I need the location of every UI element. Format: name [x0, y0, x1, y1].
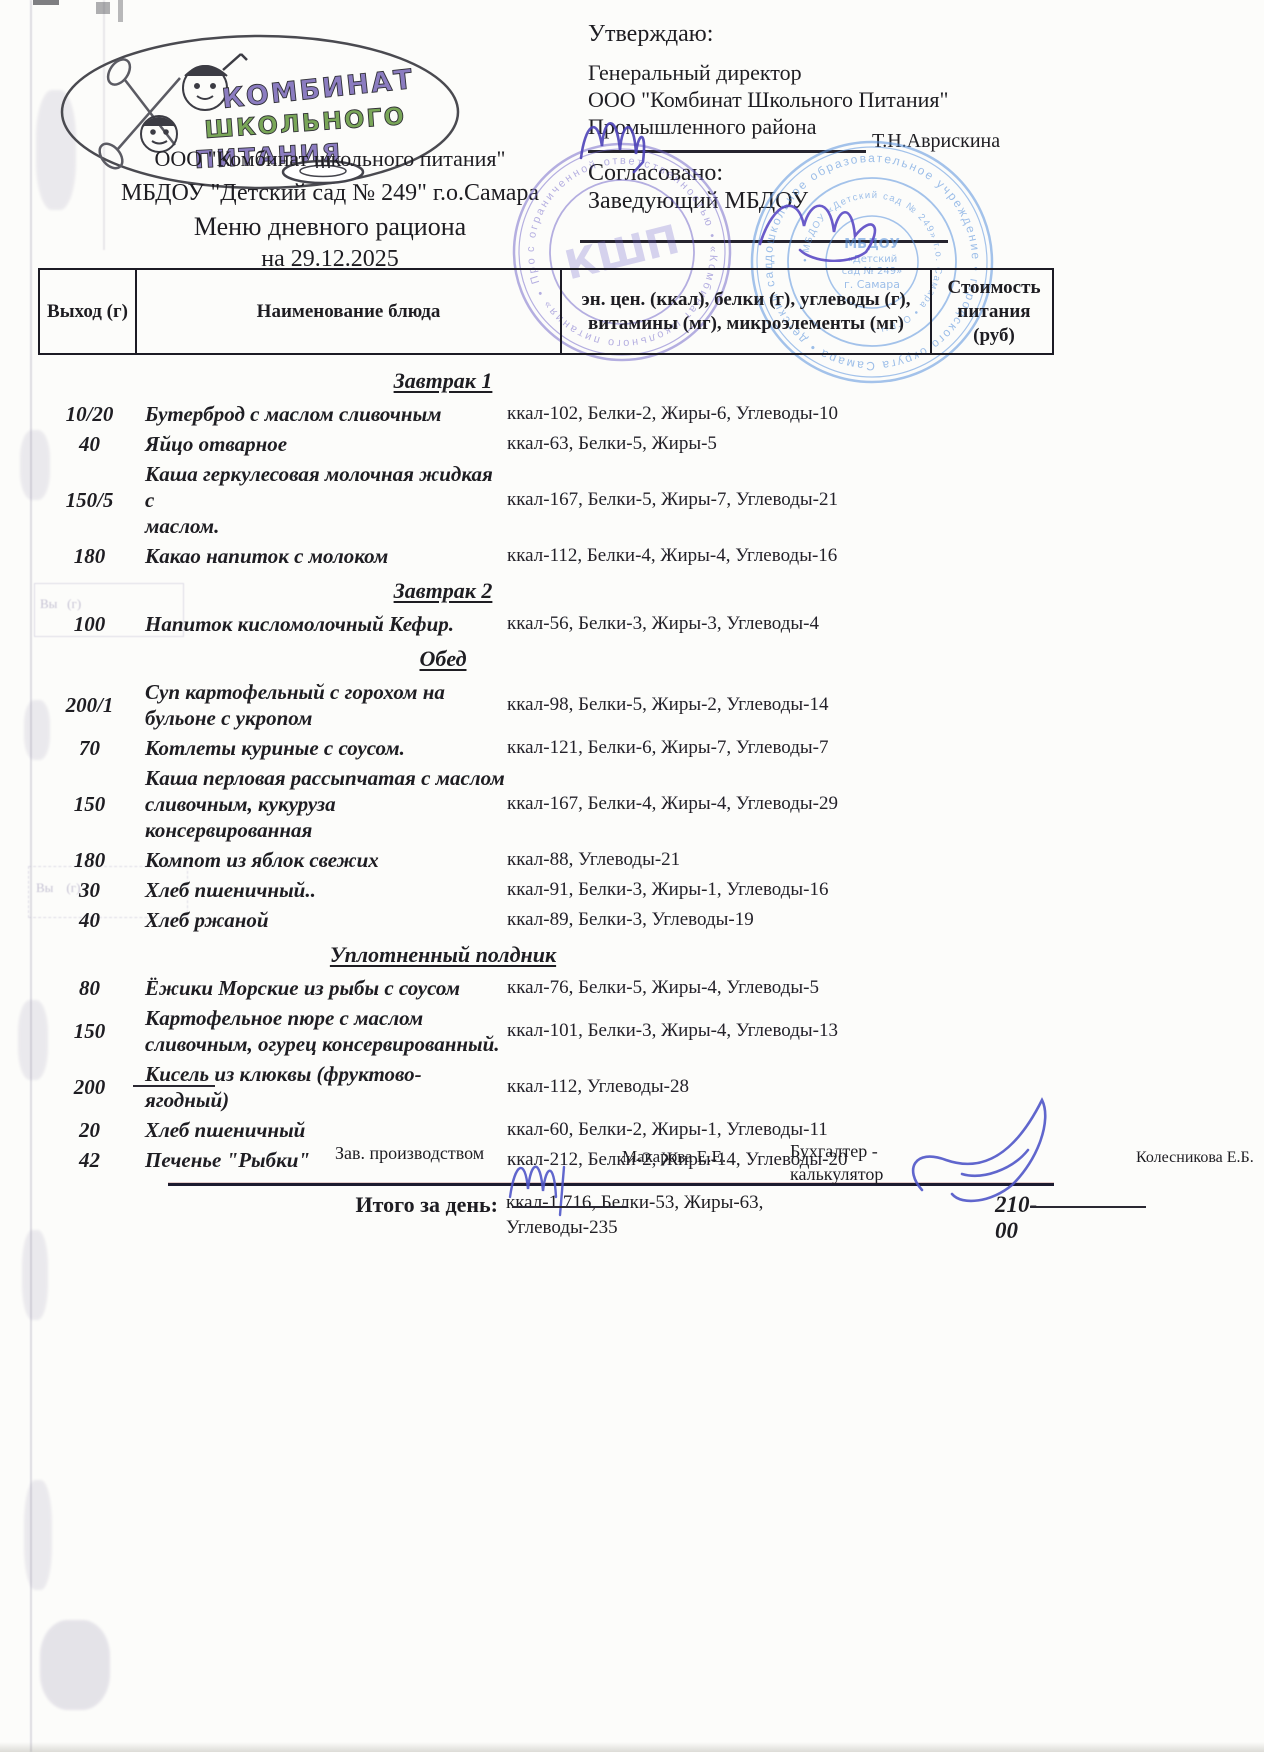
- director-name: Т.Н.Аврискина: [872, 130, 1000, 153]
- total-row: Итого за день: ккал-1 716, Белки-53, Жир…: [38, 1190, 1054, 1244]
- accountant-signature-line: [1030, 1206, 1146, 1208]
- row-dish: Каша перловая рассыпчатая с маслом сливо…: [133, 765, 505, 843]
- row-nutrition: ккал-63, Белки-5, Жиры-5: [505, 432, 1054, 456]
- scan-mark: [118, 0, 123, 22]
- menu-body: Завтрак 1 10/20 Бутерброд с маслом сливо…: [38, 355, 1054, 1175]
- row-nutrition: ккал-60, Белки-2, Жиры-1, Углеводы-11: [505, 1118, 1054, 1142]
- kids-icon: [141, 54, 247, 152]
- row-nutrition: ккал-76, Белки-5, Жиры-4, Углеводы-5: [505, 976, 1054, 1000]
- row-weight: 150/5: [38, 487, 133, 513]
- row-weight: 40: [38, 431, 133, 457]
- row-weight: 40: [38, 907, 133, 933]
- total-price: 210-00: [933, 1190, 1054, 1244]
- row-weight: 200: [38, 1074, 133, 1100]
- row-weight: 100: [38, 611, 133, 637]
- menu-row: 30 Хлеб пшеничный.. ккал-91, Белки-3, Жи…: [38, 875, 1054, 905]
- row-dish: Хлеб пшеничный: [133, 1117, 505, 1143]
- row-dish: Яйцо отварное: [133, 431, 505, 457]
- row-nutrition: ккал-88, Углеводы-21: [505, 848, 1054, 872]
- scan-smudge: [24, 1480, 52, 1590]
- row-nutrition: ккал-89, Белки-3, Углеводы-19: [505, 908, 1054, 932]
- menu-section-title: Уплотненный полдник: [38, 942, 848, 968]
- logo-word-2: ШКОЛЬНОГО: [203, 102, 407, 144]
- menu-section-title: Обед: [38, 646, 848, 672]
- row-weight: 30: [38, 877, 133, 903]
- total-label: Итого за день:: [38, 1190, 498, 1218]
- approve-label: Утверждаю:: [588, 22, 1028, 46]
- row-dish: Компот из яблок свежих: [133, 847, 505, 873]
- row-dish: Кисель из клюквы (фруктово-ягодный): [133, 1061, 505, 1113]
- scan-bottom-strip: [0, 1742, 1264, 1752]
- doc-title: Меню дневного рациона: [110, 214, 550, 240]
- menu-row: 150/5 Каша геркулесовая молочная жидкая …: [38, 459, 1054, 541]
- col-header-price: Стоимость питания (руб): [930, 270, 1056, 353]
- scan-smudge: [36, 90, 76, 210]
- scanned-menu-page: Вы (г) Вы (г) КОМБИНАТ: [0, 0, 1264, 1752]
- row-dish: Напиток кисломолочный Кефир.: [133, 611, 505, 637]
- menu-table: Выход (г) Наименование блюда эн. цен. (к…: [38, 268, 1054, 1244]
- menu-row: 40 Хлеб ржаной ккал-89, Белки-3, Углевод…: [38, 905, 1054, 935]
- row-nutrition: ккал-112, Углеводы-28: [505, 1075, 1054, 1099]
- row-dish: Котлеты куриные с соусом.: [133, 735, 505, 761]
- col-header-dish: Наименование блюда: [135, 270, 560, 353]
- head-title: Заведующий МБДОУ: [588, 188, 808, 215]
- menu-row: 42 Печенье "Рыбки" ккал-212, Белки-2, Жи…: [38, 1145, 1054, 1175]
- footer-left-line: [133, 1085, 215, 1087]
- row-nutrition: ккал-56, Белки-3, Жиры-3, Углеводы-4: [505, 612, 1054, 636]
- row-nutrition: ккал-212, Белки-2, Жиры-14, Углеводы-20: [505, 1148, 1054, 1172]
- menu-row: 10/20 Бутерброд с маслом сливочным ккал-…: [38, 399, 1054, 429]
- scan-edge-line-2: [103, 0, 105, 250]
- menu-row: 40 Яйцо отварное ккал-63, Белки-5, Жиры-…: [38, 429, 1054, 459]
- row-weight: 150: [38, 791, 133, 817]
- accountant-label: Бухгалтер - калькулятор: [790, 1140, 883, 1185]
- logo-word-1: КОМБИНАТ: [220, 64, 415, 115]
- approval-block: Утверждаю: Генеральный директор ООО "Ком…: [588, 22, 1028, 143]
- menu-row: 150 Картофельное пюре с маслом сливочным…: [38, 1003, 1054, 1059]
- menu-row: 100 Напиток кисломолочный Кефир. ккал-56…: [38, 609, 1054, 639]
- row-weight: 200/1: [38, 692, 133, 718]
- production-name: Макарова Е.Е.: [622, 1146, 726, 1167]
- row-dish: Ёжики Морские из рыбы с соусом: [133, 975, 505, 1001]
- scan-mark: [96, 2, 110, 14]
- menu-row: 20 Хлеб пшеничный ккал-60, Белки-2, Жиры…: [38, 1115, 1054, 1145]
- menu-row: 70 Котлеты куриные с соусом. ккал-121, Б…: [38, 733, 1054, 763]
- menu-row: 150 Каша перловая рассыпчатая с маслом с…: [38, 763, 1054, 845]
- director-signature-line: [588, 150, 866, 153]
- row-nutrition: ккал-167, Белки-4, Жиры-4, Углеводы-29: [505, 792, 1054, 816]
- row-nutrition: ккал-101, Белки-3, Жиры-4, Углеводы-13: [505, 1019, 1054, 1043]
- org-company: ООО "Комбинат школьного питания": [110, 148, 550, 170]
- menu-row: 180 Компот из яблок свежих ккал-88, Угле…: [38, 845, 1054, 875]
- menu-row: 200/1 Суп картофельный с горохом на буль…: [38, 677, 1054, 733]
- section-title: Уплотненный полдник: [330, 942, 556, 967]
- col-header-nutrition: эн. цен. (ккал), белки (г), углеводы (г)…: [560, 270, 930, 353]
- row-dish: Хлеб ржаной: [133, 907, 505, 933]
- director-title: Генеральный директор: [588, 62, 1028, 84]
- total-divider: [168, 1183, 1054, 1186]
- org-kindergarten: МБДОУ "Детский сад № 249" г.о.Самара: [110, 181, 550, 205]
- production-signature-line: [512, 1206, 628, 1208]
- section-title: Завтрак 2: [394, 578, 493, 603]
- row-weight: 150: [38, 1018, 133, 1044]
- row-nutrition: ккал-102, Белки-2, Жиры-6, Углеводы-10: [505, 402, 1054, 426]
- row-weight: 10/20: [38, 401, 133, 427]
- row-dish: Каша геркулесовая молочная жидкая с масл…: [133, 461, 505, 539]
- row-dish: Хлеб пшеничный..: [133, 877, 505, 903]
- director-org: ООО "Комбинат Школьного Питания": [588, 89, 1028, 111]
- menu-row: 200 Кисель из клюквы (фруктово-ягодный) …: [38, 1059, 1054, 1115]
- org-block: ООО "Комбинат школьного питания" МБДОУ "…: [110, 148, 550, 271]
- section-title: Обед: [420, 646, 467, 671]
- production-label: Зав. производством: [335, 1142, 484, 1165]
- menu-section-title: Завтрак 2: [38, 578, 848, 604]
- accountant-name: Колесникова Е.Б.: [1136, 1148, 1254, 1168]
- row-dish: Картофельное пюре с маслом сливочным, ог…: [133, 1005, 505, 1057]
- row-weight: 180: [38, 847, 133, 873]
- row-nutrition: ккал-167, Белки-5, Жиры-7, Углеводы-21: [505, 488, 1054, 512]
- row-dish: Суп картофельный с горохом на бульоне с …: [133, 679, 505, 731]
- row-nutrition: ккал-121, Белки-6, Жиры-7, Углеводы-7: [505, 736, 1054, 760]
- menu-row: 180 Какао напиток с молоком ккал-112, Бе…: [38, 541, 1054, 571]
- col-header-weight: Выход (г): [40, 270, 135, 353]
- row-dish: Бутерброд с маслом сливочным: [133, 401, 505, 427]
- table-header: Выход (г) Наименование блюда эн. цен. (к…: [38, 268, 1054, 355]
- row-nutrition: ккал-91, Белки-3, Жиры-1, Углеводы-16: [505, 878, 1054, 902]
- svg-text:«Детский: «Детский: [847, 254, 897, 265]
- row-weight: 70: [38, 735, 133, 761]
- menu-section-title: Завтрак 1: [38, 368, 848, 394]
- row-weight: 80: [38, 975, 133, 1001]
- row-nutrition: ккал-112, Белки-4, Жиры-4, Углеводы-16: [505, 544, 1054, 568]
- scan-smudge: [40, 1620, 110, 1710]
- row-weight: 180: [38, 543, 133, 569]
- section-title: Завтрак 1: [394, 368, 493, 393]
- menu-row: 80 Ёжики Морские из рыбы с соусом ккал-7…: [38, 973, 1054, 1003]
- row-weight: 42: [38, 1147, 133, 1173]
- row-dish: Какао напиток с молоком: [133, 543, 505, 569]
- head-signature-line: [580, 240, 948, 243]
- agreed-label: Согласовано:: [588, 160, 723, 187]
- row-nutrition: ккал-98, Белки-5, Жиры-2, Углеводы-14: [505, 693, 1054, 717]
- total-nutrition: ккал-1 716, Белки-53, Жиры-63, Углеводы-…: [498, 1190, 933, 1240]
- scan-mark: [33, 0, 59, 5]
- row-weight: 20: [38, 1117, 133, 1143]
